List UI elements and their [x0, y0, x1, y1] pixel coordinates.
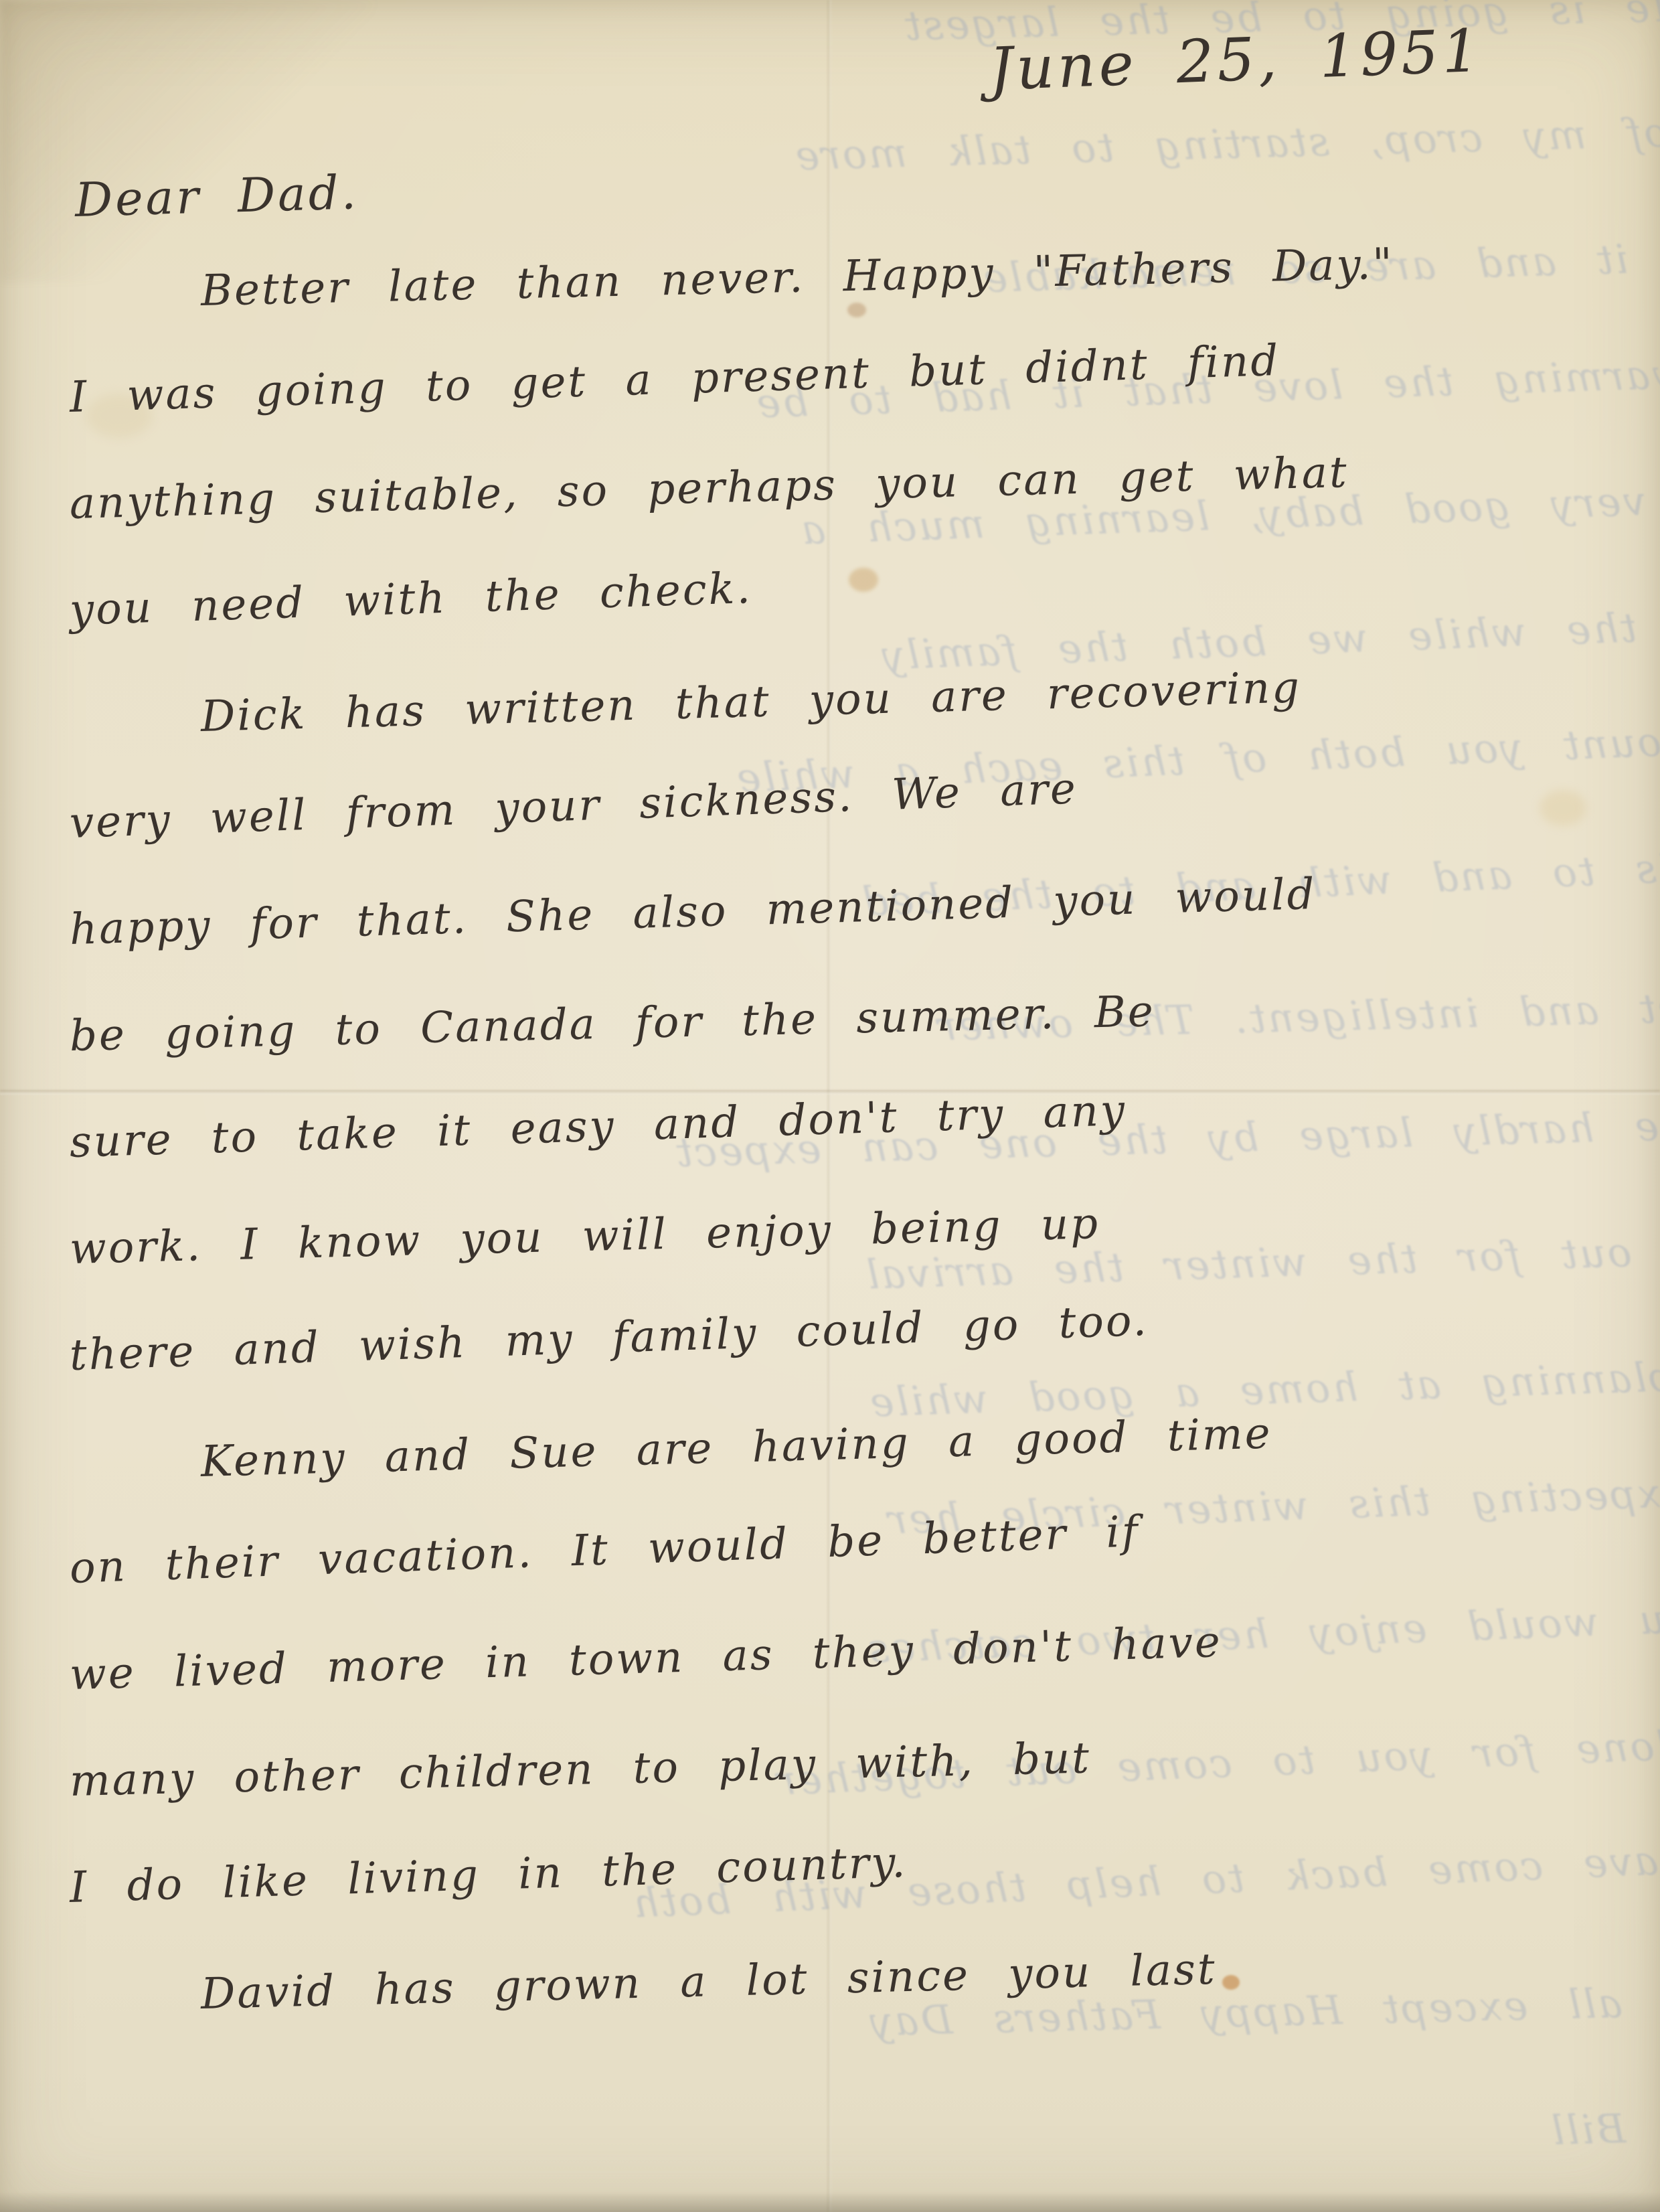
letter-line: Kenny and Sue are having a good time	[200, 1409, 1272, 1487]
letter-line: be going to Canada for the summer. Be	[69, 987, 1155, 1061]
letter-line: David has grown a lot since you last	[200, 1945, 1217, 2019]
letter-line: you need with the check.	[69, 564, 753, 635]
letter-page: He is going to be the largestone of my c…	[0, 0, 1660, 2212]
letter-body: Better late than never. Happy "Fathers D…	[0, 0, 1660, 2212]
letter-line: I do like living in the country.	[69, 1838, 908, 1913]
letter-line: there and wish my family could go too.	[69, 1296, 1149, 1380]
letter-line: we lived more in town as they don't have	[69, 1617, 1223, 1700]
letter-line: anything suitable, so perhaps you can ge…	[69, 448, 1349, 529]
letter-line: I was going to get a present but didnt f…	[69, 336, 1280, 422]
letter-line: happy for that. She also mentioned you w…	[69, 870, 1317, 955]
letter-line: Better late than never. Happy "Fathers D…	[200, 240, 1395, 316]
letter-line: very well from your sickness. We are	[69, 764, 1078, 848]
letter-line: many other children to play with, but	[69, 1733, 1092, 1806]
letter-line: work. I know you will enjoy being up	[69, 1199, 1100, 1274]
letter-line: sure to take it easy and don't try any	[69, 1086, 1127, 1168]
letter-line: Dick has written that you are recovering	[200, 663, 1302, 742]
letter-line: on their vacation. It would be better if	[69, 1507, 1141, 1593]
